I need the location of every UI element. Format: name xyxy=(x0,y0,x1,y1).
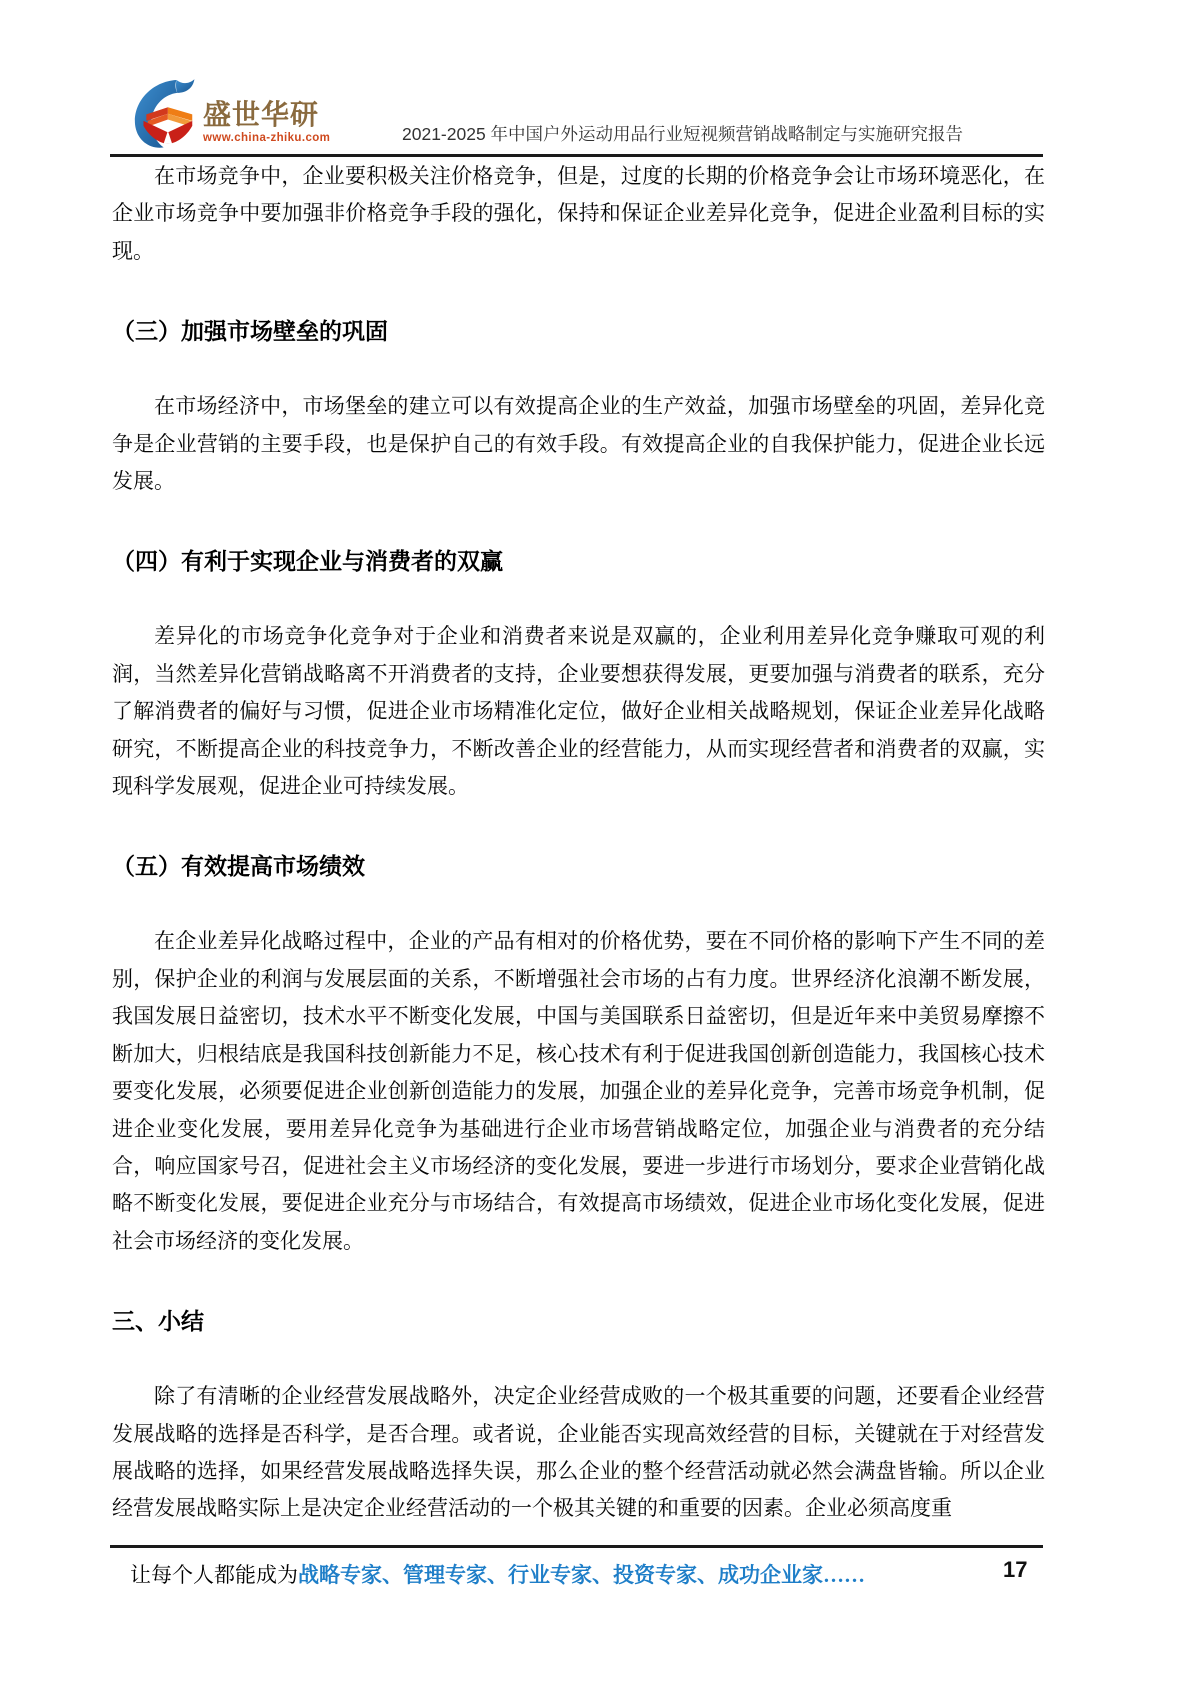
paragraph-summary: 除了有清晰的企业经营发展战略外，决定企业经营成败的一个极其重要的问题，还要看企业… xyxy=(112,1378,1045,1528)
paragraph-price-competition: 在市场竞争中，企业要积极关注价格竞争，但是，过度的长期的价格竞争会让市场环境恶化… xyxy=(112,158,1045,270)
company-logo: 盛世华研 www.china-zhiku.com xyxy=(132,78,330,148)
footer-divider xyxy=(110,1545,1043,1548)
paragraph-market-barrier: 在市场经济中，市场堡垒的建立可以有效提高企业的生产效益，加强市场壁垒的巩固，差异… xyxy=(112,388,1045,500)
section-heading-5: （五）有效提高市场绩效 xyxy=(112,849,1045,883)
section-heading-summary: 三、小结 xyxy=(112,1304,1045,1338)
document-page: 盛世华研 www.china-zhiku.com 2021-2025 年中国户外… xyxy=(0,0,1191,1684)
paragraph-win-win: 差异化的市场竞争化竞争对于企业和消费者来说是双赢的，企业利用差异化竞争赚取可观的… xyxy=(112,618,1045,805)
footer-slogan-highlight: 战略专家、管理专家、行业专家、投资专家、成功企业家…… xyxy=(298,1563,865,1587)
logo-book-swoosh-icon xyxy=(132,78,198,148)
paragraph-market-performance: 在企业差异化战略过程中，企业的产品有相对的价格优势，要在不同价格的影响下产生不同… xyxy=(112,923,1045,1260)
footer-slogan: 让每个人都能成为战略专家、管理专家、行业专家、投资专家、成功企业家…… xyxy=(130,1560,865,1590)
logo-brand-name: 盛世华研 xyxy=(203,101,330,129)
page-number: 17 xyxy=(1003,1557,1027,1583)
report-title: 2021-2025 年中国户外运动用品行业短视频营销战略制定与实施研究报告 xyxy=(402,121,1002,146)
logo-website: www.china-zhiku.com xyxy=(203,132,330,144)
document-body: 在市场竞争中，企业要积极关注价格竞争，但是，过度的长期的价格竞争会让市场环境恶化… xyxy=(112,150,1045,1542)
footer-slogan-prefix: 让每个人都能成为 xyxy=(130,1563,298,1587)
logo-text: 盛世华研 www.china-zhiku.com xyxy=(203,101,330,148)
section-heading-3: （三）加强市场壁垒的巩固 xyxy=(112,314,1045,348)
section-heading-4: （四）有利于实现企业与消费者的双赢 xyxy=(112,544,1045,578)
